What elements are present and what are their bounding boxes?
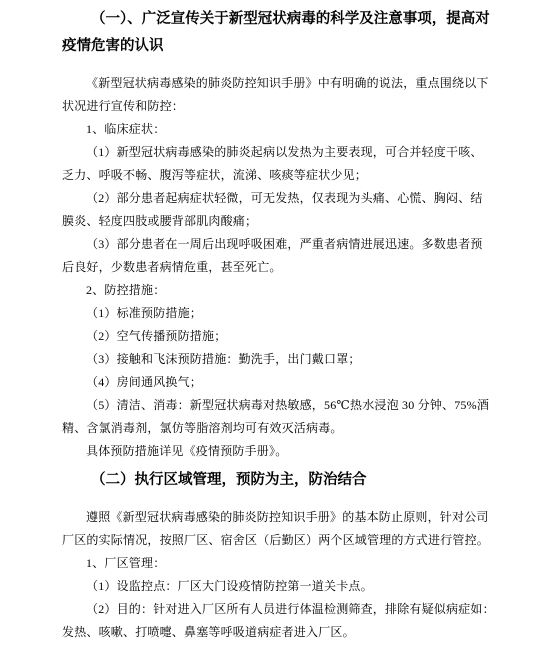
paragraph-line: （2）部分患者起病症状轻微，可无发热，仅表现为头痛、心慌、胸闷、结 — [62, 187, 485, 210]
paragraph-line: （1）新型冠状病毒感染的肺炎起病以发热为主要表现，可合并轻度干咳、 — [62, 141, 485, 164]
paragraph-line: （1）设监控点：厂区大门设疫情防控第一道关卡点。 — [62, 575, 485, 598]
section-2-body: 遵照《新型冠状病毒感染的肺炎防控知识手册》的基本防止原则，针对公司 厂区的实际情… — [62, 506, 485, 644]
paragraph-line: （4）房间通风换气； — [62, 371, 485, 394]
paragraph-line: 遵照《新型冠状病毒感染的肺炎防控知识手册》的基本防止原则，针对公司 — [62, 506, 485, 529]
paragraph-line: 《新型冠状病毒感染的肺炎防控知识手册》中有明确的说法，重点围绕以下 — [62, 72, 485, 95]
paragraph-line: 发热、咳嗽、打喷嚏、鼻塞等呼吸道病症者进入厂区。 — [62, 621, 485, 644]
paragraph-line: 2、防控措施： — [62, 279, 485, 302]
paragraph-line: （1）标准预防措施； — [62, 302, 485, 325]
document-page: （一）、广泛宣传关于新型冠状病毒的科学及注意事项，提高对 疫情危害的认识 《新型… — [0, 0, 541, 657]
paragraph-line: 乏力、呼吸不畅、腹泻等症状，流涕、咳痰等症状少见； — [62, 164, 485, 187]
paragraph-line: 1、厂区管理： — [62, 552, 485, 575]
paragraph-line: （2）空气传播预防措施； — [62, 325, 485, 348]
paragraph-line: 状况进行宣传和防控： — [62, 95, 485, 118]
section-1-heading-line-1: （一）、广泛宣传关于新型冠状病毒的科学及注意事项，提高对 — [62, 6, 485, 33]
paragraph-line: 精、含氯消毒剂，氯仿等脂溶剂均可有效灭活病毒。 — [62, 417, 485, 440]
paragraph-line: 1、临床症状： — [62, 118, 485, 141]
paragraph-line: 后良好，少数患者病情危重，甚至死亡。 — [62, 256, 485, 279]
section-1-heading-line-2: 疫情危害的认识 — [62, 33, 485, 60]
paragraph-line: 膜炎、轻度四肢或腰背部肌肉酸痛； — [62, 210, 485, 233]
paragraph-line: 厂区的实际情况，按照厂区、宿舍区（后勤区）两个区域管理的方式进行管控。 — [62, 529, 485, 552]
paragraph-line: 具体预防措施详见《疫情预防手册》。 — [62, 440, 485, 463]
paragraph-line: （2）目的：针对进入厂区所有人员进行体温检测筛查，排除有疑似病症如： — [62, 598, 485, 621]
paragraph-line: （3）部分患者在一周后出现呼吸困难，严重者病情进展迅速。多数患者预 — [62, 233, 485, 256]
paragraph-line: （5）清洁、消毒：新型冠状病毒对热敏感，56℃热水浸泡 30 分钟、75%酒 — [62, 394, 485, 417]
section-1-heading: （一）、广泛宣传关于新型冠状病毒的科学及注意事项，提高对 疫情危害的认识 — [62, 6, 485, 60]
paragraph-line: （3）接触和飞沫预防措施：勤洗手，出门戴口罩； — [62, 348, 485, 371]
section-2-heading: （二）执行区域管理，预防为主，防治结合 — [62, 467, 485, 494]
section-2-heading-line: （二）执行区域管理，预防为主，防治结合 — [62, 467, 485, 494]
section-1-body: 《新型冠状病毒感染的肺炎防控知识手册》中有明确的说法，重点围绕以下 状况进行宣传… — [62, 72, 485, 463]
